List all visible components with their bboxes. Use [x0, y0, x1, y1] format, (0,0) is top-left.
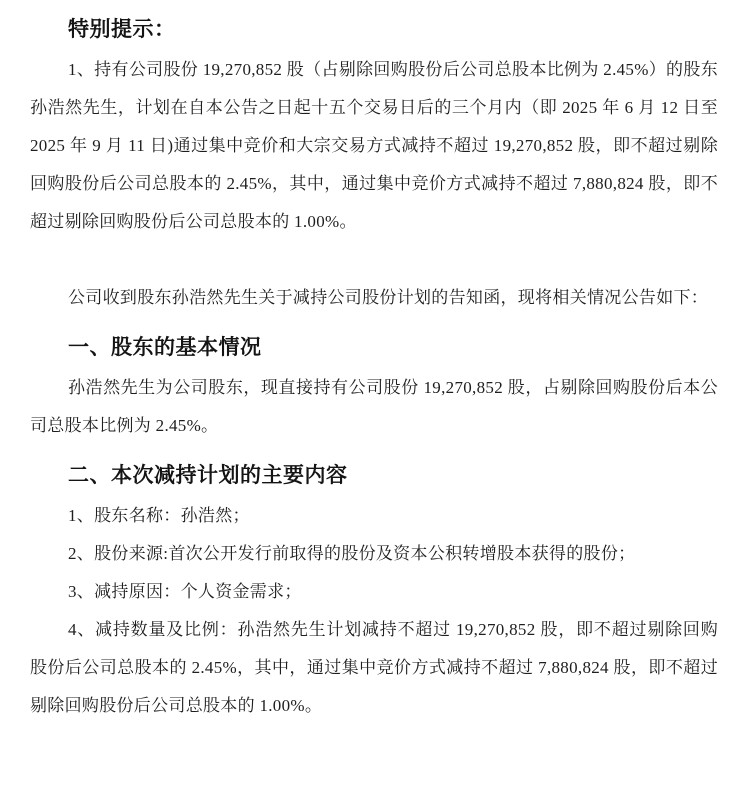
list-item-share-source: 2、股份来源:首次公开发行前取得的股份及资本公积转增股本获得的股份；	[30, 535, 718, 573]
list-item-shareholder-name: 1、股东名称：孙浩然；	[30, 497, 718, 535]
list-item-reduction-quantity: 4、减持数量及比例：孙浩然先生计划减持不超过 19,270,852 股，即不超过…	[30, 611, 718, 725]
announcement-document: 特别提示： 1、持有公司股份 19,270,852 股（占剔除回购股份后公司总股…	[0, 0, 750, 791]
intro-paragraph: 公司收到股东孙浩然先生关于减持公司股份计划的告知函，现将相关情况公告如下：	[30, 279, 718, 317]
section-2-heading: 二、本次减持计划的主要内容	[30, 456, 718, 494]
list-item-reduction-reason: 3、减持原因：个人资金需求；	[30, 573, 718, 611]
section-2-list: 1、股东名称：孙浩然； 2、股份来源:首次公开发行前取得的股份及资本公积转增股本…	[30, 497, 718, 725]
special-notice-heading: 特别提示：	[30, 10, 718, 48]
section-1-paragraph: 孙浩然先生为公司股东，现直接持有公司股份 19,270,852 股，占剔除回购股…	[30, 369, 718, 445]
special-notice-item-1: 1、持有公司股份 19,270,852 股（占剔除回购股份后公司总股本比例为 2…	[30, 51, 718, 241]
section-1-heading: 一、股东的基本情况	[30, 328, 718, 366]
